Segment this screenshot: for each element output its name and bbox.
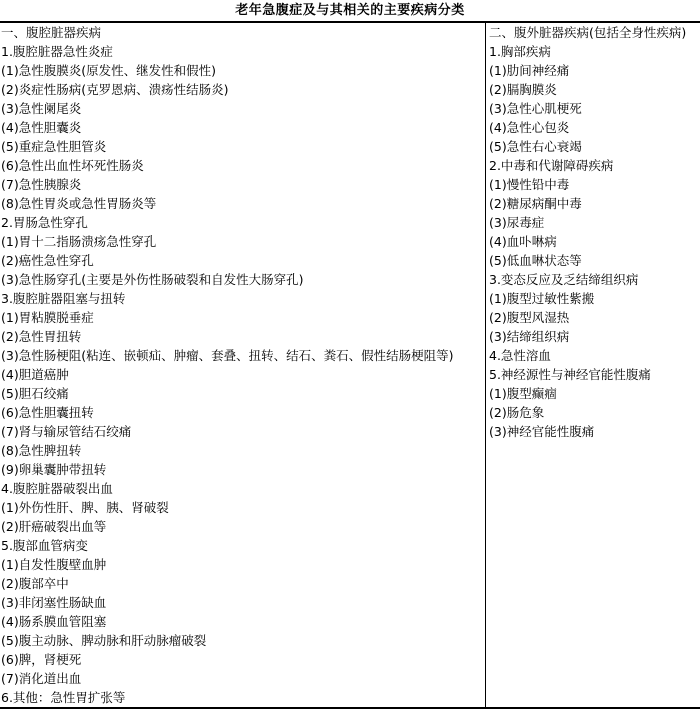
extra-abdominal-column: 二、腹外脏器疾病(包括全身性疾病) 1.胸部疾病 (1)肋间神经痛 (2)膈胸膜… [486, 23, 700, 707]
list-item: (2)膈胸膜炎 [488, 80, 700, 99]
list-item: (1)肋间神经痛 [488, 61, 700, 80]
list-item: 3.变态反应及乏结缔组织病 [488, 270, 700, 289]
list-item: 5.神经源性与神经官能性腹痛 [488, 365, 700, 384]
list-item: (4)血卟啉病 [488, 232, 700, 251]
list-item: (5)胆石绞痛 [0, 384, 485, 403]
list-item: (1)胃十二指肠溃疡急性穿孔 [0, 232, 485, 251]
column-header: 一、腹腔脏器疾病 [0, 23, 485, 42]
list-item: 2.胃肠急性穿孔 [0, 213, 485, 232]
list-item: (3)急性阑尾炎 [0, 99, 485, 118]
list-item: (4)急性心包炎 [488, 118, 700, 137]
list-item: (3)非闭塞性肠缺血 [0, 593, 485, 612]
list-item: 4.腹腔脏器破裂出血 [0, 479, 485, 498]
list-item: (2)炎症性肠病(克罗恩病、溃疡性结肠炎) [0, 80, 485, 99]
classification-table: 一、腹腔脏器疾病 1.腹腔脏器急性炎症 (1)急性腹膜炎(原发性、继发性和假性)… [0, 21, 700, 709]
list-item: (3)结缔组织病 [488, 327, 700, 346]
list-item: (1)腹型过敏性紫搬 [488, 289, 700, 308]
list-item: 1.胸部疾病 [488, 42, 700, 61]
list-item: (6)急性胆囊扭转 [0, 403, 485, 422]
document-title: 老年急腹症及与其相关的主要疾病分类 [0, 2, 700, 20]
list-item: (5)急性右心衰竭 [488, 137, 700, 156]
list-item: (6)急性出血性坏死性肠炎 [0, 156, 485, 175]
list-item: (2)糖尿病酮中毒 [488, 194, 700, 213]
list-item: 5.腹部血管病变 [0, 536, 485, 555]
list-item: (5)腹主动脉、脾动脉和肝动脉瘤破裂 [0, 631, 485, 650]
list-item: (3)急性心肌梗死 [488, 99, 700, 118]
list-item: (2)肠危象 [488, 403, 700, 422]
list-item: (1)胃粘膜脱垂症 [0, 308, 485, 327]
list-item: 2.中毒和代谢障碍疾病 [488, 156, 700, 175]
list-item: (1)外伤性肝、脾、胰、肾破裂 [0, 498, 485, 517]
list-item: (6)脾，肾梗死 [0, 650, 485, 669]
list-item: (5)低血啉状态等 [488, 251, 700, 270]
list-item: (3)神经官能性腹痛 [488, 422, 700, 441]
list-item: (1)腹型癫痼 [488, 384, 700, 403]
list-item: (1)自发性腹壁血肿 [0, 555, 485, 574]
list-item: 6.其他：急性胃扩张等 [0, 688, 485, 707]
list-item: (1)慢性铅中毒 [488, 175, 700, 194]
list-item: (2)腹型风湿热 [488, 308, 700, 327]
list-item: (4)肠系膜血管阻塞 [0, 612, 485, 631]
list-item: (4)胆道癌肿 [0, 365, 485, 384]
list-item: (8)急性脾扭转 [0, 441, 485, 460]
list-item: (2)腹部卒中 [0, 574, 485, 593]
list-item: 3.腹腔脏器阻塞与扭转 [0, 289, 485, 308]
list-item: (8)急性胃炎或急性胃肠炎等 [0, 194, 485, 213]
list-item: (1)急性腹膜炎(原发性、继发性和假性) [0, 61, 485, 80]
column-header: 二、腹外脏器疾病(包括全身性疾病) [488, 23, 700, 42]
list-item: (4)急性胆囊炎 [0, 118, 485, 137]
list-item: (5)重症急性胆管炎 [0, 137, 485, 156]
list-item: 4.急性溶血 [488, 346, 700, 365]
list-item: (3)急性肠穿孔(主要是外伤性肠破裂和自发性大肠穿孔) [0, 270, 485, 289]
list-item: (2)急性胃扭转 [0, 327, 485, 346]
list-item: 1.腹腔脏器急性炎症 [0, 42, 485, 61]
intra-abdominal-column: 一、腹腔脏器疾病 1.腹腔脏器急性炎症 (1)急性腹膜炎(原发性、继发性和假性)… [0, 23, 486, 707]
list-item: (3)急性肠梗阻(粘连、嵌顿疝、肿瘤、套叠、扭转、结石、粪石、假性结肠梗阻等) [0, 346, 485, 365]
list-item: (2)癌性急性穿孔 [0, 251, 485, 270]
list-item: (7)肾与输尿管结石绞痛 [0, 422, 485, 441]
list-item: (9)卵巢囊肿带扭转 [0, 460, 485, 479]
list-item: (2)肝癌破裂出血等 [0, 517, 485, 536]
list-item: (7)消化道出血 [0, 669, 485, 688]
list-item: (7)急性胰腺炎 [0, 175, 485, 194]
list-item: (3)尿毒症 [488, 213, 700, 232]
